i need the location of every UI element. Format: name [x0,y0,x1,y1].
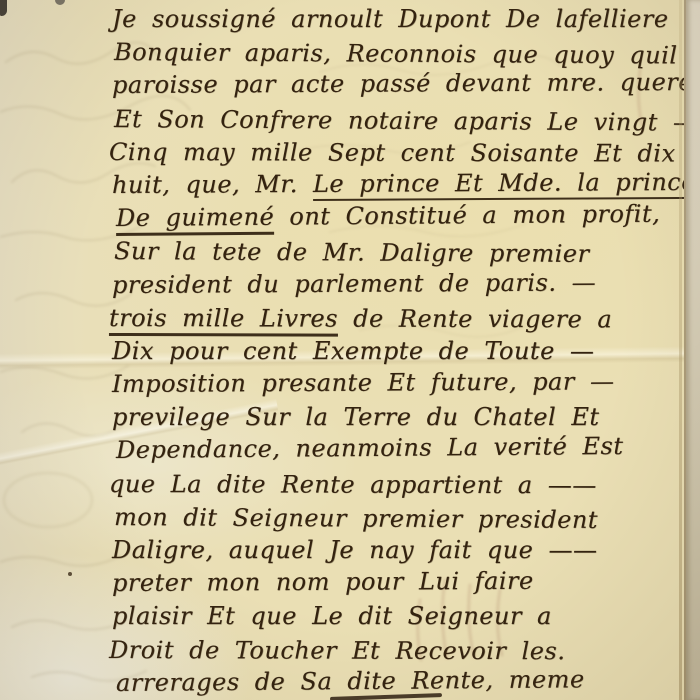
manuscript-line: Cinq may mille Sept cent Soisante Et dix [109,136,697,171]
manuscript-line: Dix pour cent Exempte de Toute — [112,335,700,368]
underlined-text: trois mille Livres [109,304,338,337]
underlined-text: Le prince Et Mde. la princesse [313,168,700,201]
line-text: mon dit Seigneur premier president [114,503,598,534]
manuscript-line: trois mille Livres de Rente viagere a [109,302,697,337]
manuscript-text: Je soussigné arnoult Dupont De lafellier… [112,3,700,700]
manuscript-line: De guimené ont Constitué a mon profit, [116,197,700,235]
line-text: ont Constitué a mon profit, [274,200,660,231]
page-right-edge [684,0,700,700]
manuscript-line: president du parlement de paris. — [112,265,700,301]
manuscript-line: huit, que, Mr. Le prince Et Mde. la prin… [112,166,700,202]
line-text: Bonquier aparis, Reconnois que quoy quil [114,38,678,69]
line-text: Je soussigné arnoult Dupont De lafellier… [112,5,669,33]
ink-dot [68,572,72,576]
page-edge-shadow [679,0,682,700]
line-text: Dix pour cent Exempte de Toute — [112,337,594,365]
line-text: Et Son Confrere notaire aparis Le vingt … [114,105,698,137]
manuscript-line: preter mon nom pour Lui faire [112,564,700,600]
manuscript-line: Je soussigné arnoult Dupont De lafellier… [112,3,700,36]
line-text: Daligre, auquel Je nay fait que —— [112,536,598,564]
line-text: Imposition presante Et future, par — [112,367,615,398]
line-text: paroisse par acte passé devant mre. quer… [112,68,700,99]
line-text: plaisir Et que Le dit Seigneur a [112,602,552,630]
line-text: arrerages de Sa dite Rente, meme [116,665,585,697]
manuscript-line: mon dit Seigneur premier president [114,501,700,538]
line-text: president du parlement de paris. — [112,268,596,299]
line-text: Droit de Toucher Et Recevoir les. [109,636,565,665]
line-text: de Rente viagere a [338,304,612,333]
manuscript-line: que La dite Rente appartient a —— [109,468,697,503]
manuscript-line: Et Son Confrere notaire aparis Le vingt … [114,103,700,140]
manuscript-line: paroisse par acte passé devant mre. quer… [112,66,700,102]
line-text: Dependance, neanmoins La verité Est [116,432,624,464]
line-text: que La dite Rente appartient a —— [109,470,597,499]
line-text: preter mon nom pour Lui faire [112,567,534,597]
underlined-text: De guimené [116,203,274,236]
corner-dark-mark [0,0,7,16]
manuscript-photo: Je soussigné arnoult Dupont De lafellier… [0,0,700,700]
line-text: previlege Sur la Terre du Chatel Et [112,403,599,431]
manuscript-line: Imposition presante Et future, par — [112,365,700,401]
line-text: Sur la tete de Mr. Daligre premier [114,237,590,268]
line-text: huit, que, Mr. [112,170,313,199]
line-text: Cinq may mille Sept cent Soisante Et dix [109,138,676,167]
manuscript-line: Dependance, neanmoins La verité Est [116,430,700,468]
manuscript-line: plaisir Et que Le dit Seigneur a [112,600,700,633]
manuscript-line: Daligre, auquel Je nay fait que —— [112,534,700,567]
